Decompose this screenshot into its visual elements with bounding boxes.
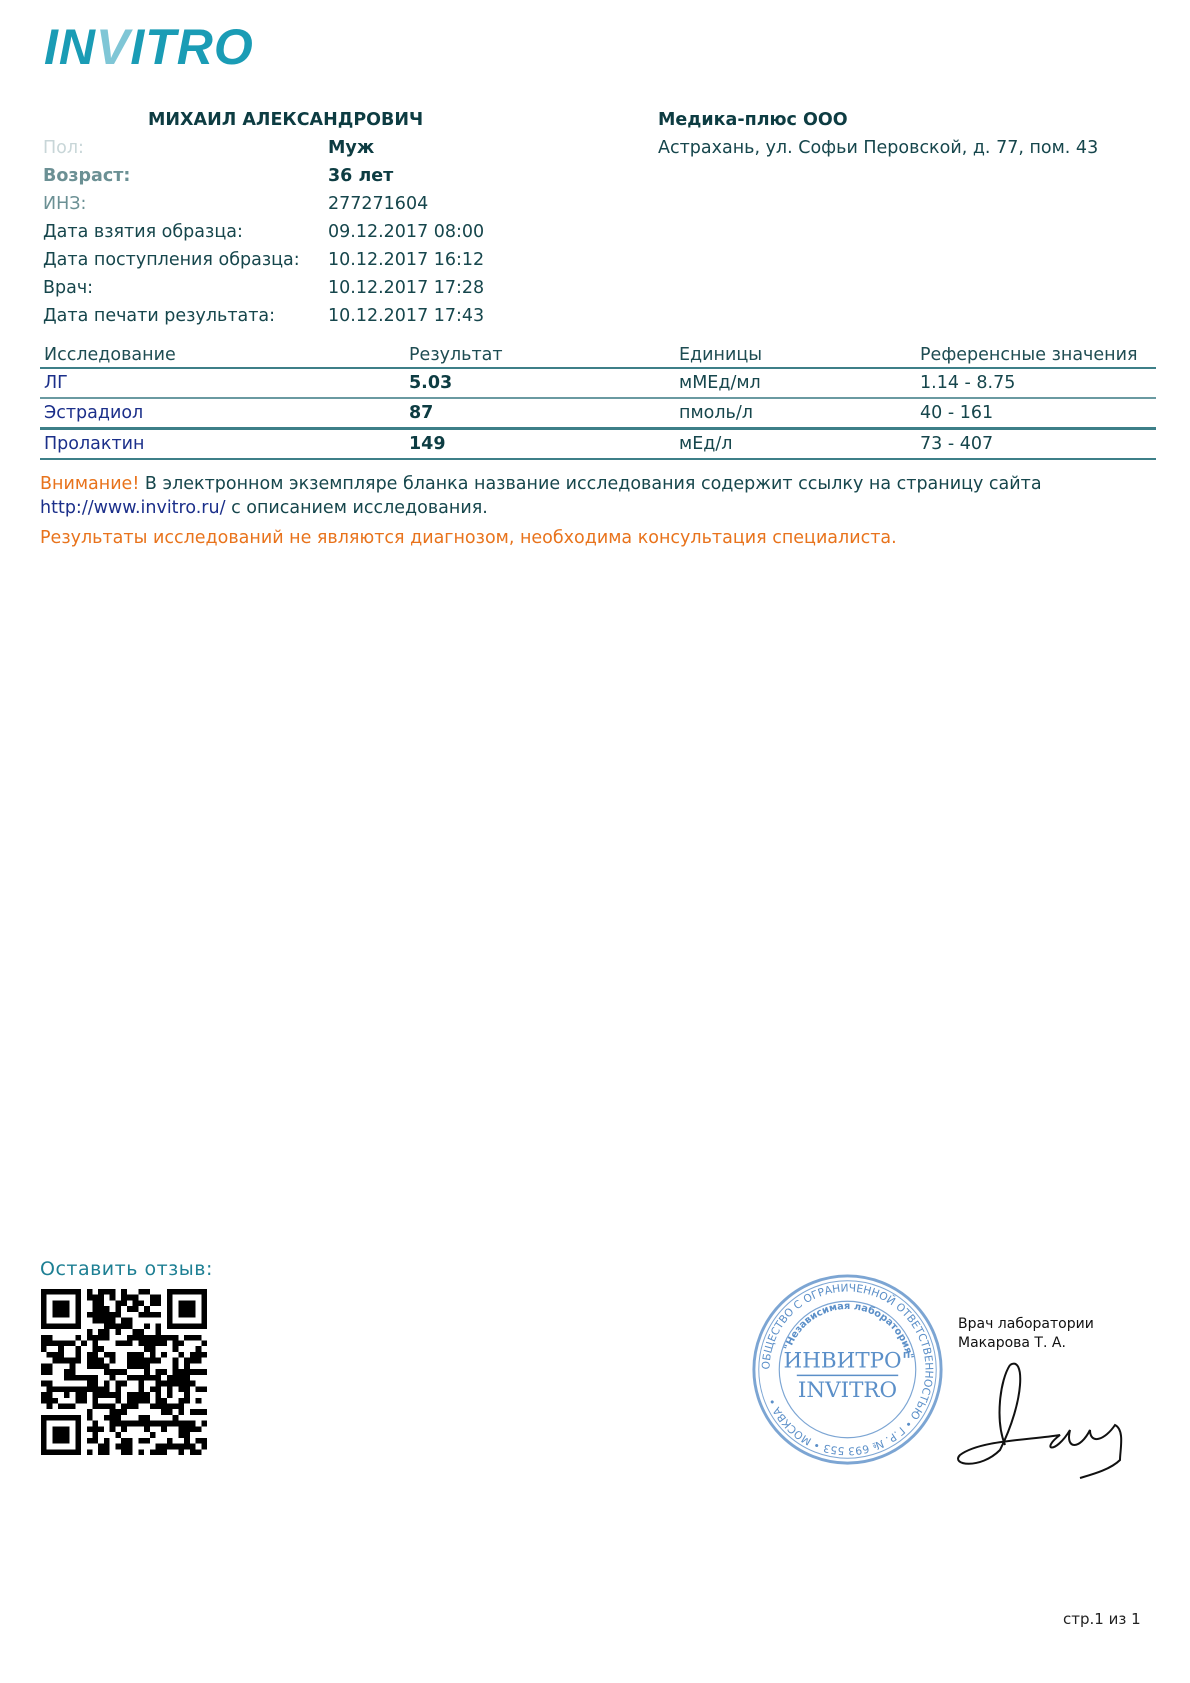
invitro-logo: INVITRO	[44, 22, 254, 72]
units: мЕд/л	[675, 429, 916, 460]
organization: Медика-плюс ООО Астрахань, ул. Софьи Пер…	[658, 106, 1098, 162]
attention-label: Внимание!	[40, 474, 139, 494]
patient-info: МИХАИЛ АЛЕКСАНДРОВИЧ Пол:Муж Возраст:36 …	[43, 106, 484, 330]
units: пмоль/л	[675, 398, 916, 429]
col-result: Результат	[405, 342, 675, 368]
field-label: Дата взятия образца:	[43, 218, 328, 246]
notice: Внимание! В электронном экземпляре бланк…	[40, 472, 1042, 520]
svg-text:ИНВИТРО": ИНВИТРО"	[784, 1349, 912, 1374]
doctor-signature-block: Врач лаборатории Макарова Т. А.	[958, 1315, 1094, 1353]
table-header: Исследование Результат Единицы Референсн…	[40, 342, 1156, 368]
notice-text: В электронном экземпляре бланка название…	[139, 474, 1041, 494]
field-value: 36 лет	[328, 162, 393, 190]
units: мМЕд/мл	[675, 368, 916, 398]
field-value: 10.12.2017 17:43	[328, 302, 484, 330]
test-link[interactable]: Эстрадиол	[40, 398, 405, 429]
field-value: Муж	[328, 134, 374, 162]
field-label: Врач:	[43, 274, 328, 302]
table-row: Пролактин 149 мЕд/л 73 - 407	[40, 429, 1156, 460]
doctor-name: Макарова Т. А.	[958, 1334, 1094, 1353]
field-label: Дата поступления образца:	[43, 246, 328, 274]
reference: 1.14 - 8.75	[916, 368, 1156, 398]
field-value: 09.12.2017 08:00	[328, 218, 484, 246]
result-value: 149	[405, 429, 675, 460]
page-number: стр.1 из 1	[1063, 1610, 1141, 1628]
reference: 40 - 161	[916, 398, 1156, 429]
field-label: Возраст:	[43, 162, 328, 190]
results-table: Исследование Результат Единицы Референсн…	[40, 342, 1156, 460]
table-row: Эстрадиол 87 пмоль/л 40 - 161	[40, 398, 1156, 429]
field-value: 10.12.2017 16:12	[328, 246, 484, 274]
qr-code-icon[interactable]	[41, 1289, 207, 1455]
doctor-title: Врач лаборатории	[958, 1315, 1094, 1334]
result-value: 5.03	[405, 368, 675, 398]
disclaimer: Результаты исследований не являются диаг…	[40, 528, 897, 548]
field-value: 10.12.2017 17:28	[328, 274, 484, 302]
invitro-link[interactable]: http://www.invitro.ru/	[40, 498, 226, 518]
organization-name: Медика-плюс ООО	[658, 106, 1098, 134]
result-value: 87	[405, 398, 675, 429]
svg-text:INVITRO: INVITRO	[798, 1378, 897, 1403]
organization-address: Астрахань, ул. Софьи Перовской, д. 77, п…	[658, 134, 1098, 162]
signature-icon	[940, 1360, 1140, 1480]
review-label: Оставить отзыв:	[40, 1258, 213, 1280]
notice-text: с описанием исследования.	[226, 498, 488, 518]
field-label: ИНЗ:	[43, 190, 328, 218]
col-test: Исследование	[40, 342, 405, 368]
col-units: Единицы	[675, 342, 916, 368]
patient-name: МИХАИЛ АЛЕКСАНДРОВИЧ	[148, 106, 423, 134]
field-label: Дата печати результата:	[43, 302, 328, 330]
field-value: 277271604	[328, 190, 428, 218]
field-label: Пол:	[43, 134, 328, 162]
reference: 73 - 407	[916, 429, 1156, 460]
test-link[interactable]: Пролактин	[40, 429, 405, 460]
test-link[interactable]: ЛГ	[40, 368, 405, 398]
col-reference: Референсные значения	[916, 342, 1156, 368]
stamp-icon: ОБЩЕСТВО С ОГРАНИЧЕННОЙ ОТВЕТСТВЕННОСТЬЮ…	[750, 1272, 945, 1467]
table-row: ЛГ 5.03 мМЕд/мл 1.14 - 8.75	[40, 368, 1156, 398]
